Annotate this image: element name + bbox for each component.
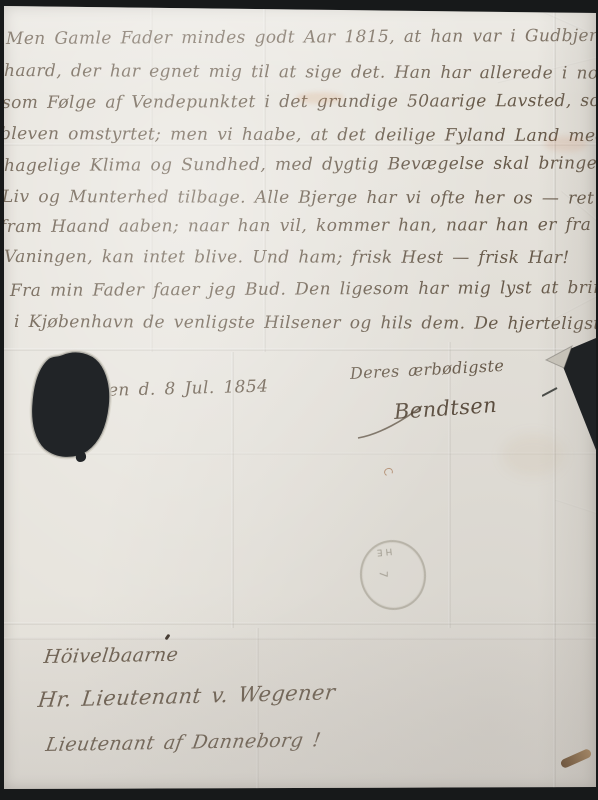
handwriting-line: Liv og Munterhed tilbage. Alle Bjerge ha… [2, 184, 598, 212]
wrinkle-crease [555, 499, 598, 516]
handwriting-line: Fra min Fader faaer jeg Bud. Den ligesom… [10, 274, 598, 304]
torn-edge-right [542, 322, 596, 454]
fold-crease-horizontal [4, 637, 596, 640]
handwriting-line: haard, der har egnet mig til at sige det… [4, 58, 598, 87]
closing-phrase: Deres ærbødigste [350, 356, 505, 383]
handwriting-line: Vaningen, kan intet blive. Und ham; fris… [4, 244, 570, 271]
address-title-line: Lieutenant af Danneborg ! [44, 729, 322, 756]
small-tear-line [542, 388, 557, 396]
letter-paper: Men Gamle Fader mindes godt Aar 1815, at… [4, 6, 596, 789]
handwriting-line: Men Gamle Fader mindes godt Aar 1815, at… [6, 22, 598, 52]
handwriting-line: fram Haand aaben; naar han vil, kommer h… [0, 212, 598, 240]
postmark-stamp: HE 7 [354, 535, 431, 615]
signature: Bendtsen [393, 393, 498, 424]
postmark-letters: HE [373, 546, 392, 558]
handwriting-line: i Kjøbenhavn de venligste Hilsener og hi… [14, 309, 598, 338]
paper-hole-tear [24, 348, 120, 466]
rust-smudge [544, 136, 588, 152]
address-recipient: Hr. Lieutenant v. Wegener [37, 680, 337, 712]
hole-shape [31, 351, 111, 458]
address-honorific: Höivelbaarne [43, 644, 180, 668]
fold-crease-vertical [448, 342, 451, 628]
handwriting-line: hagelige Klima og Sundhed, med dygtig Be… [4, 150, 598, 179]
brown-stain-mark [560, 748, 593, 769]
fold-crease-horizontal [4, 622, 596, 625]
handwriting-line: bleven omstyrtet; men vi haabe, at det d… [0, 121, 598, 150]
fold-crease-vertical [256, 628, 259, 789]
rust-speck [383, 467, 394, 478]
handwriting-line: som Følge af Vendepunktet i det grundige… [2, 87, 598, 116]
scanned-letter-photo: Men Gamle Fader mindes godt Aar 1815, at… [0, 0, 598, 800]
postmark-digit: 7 [377, 571, 390, 578]
rust-smudge [296, 92, 344, 104]
